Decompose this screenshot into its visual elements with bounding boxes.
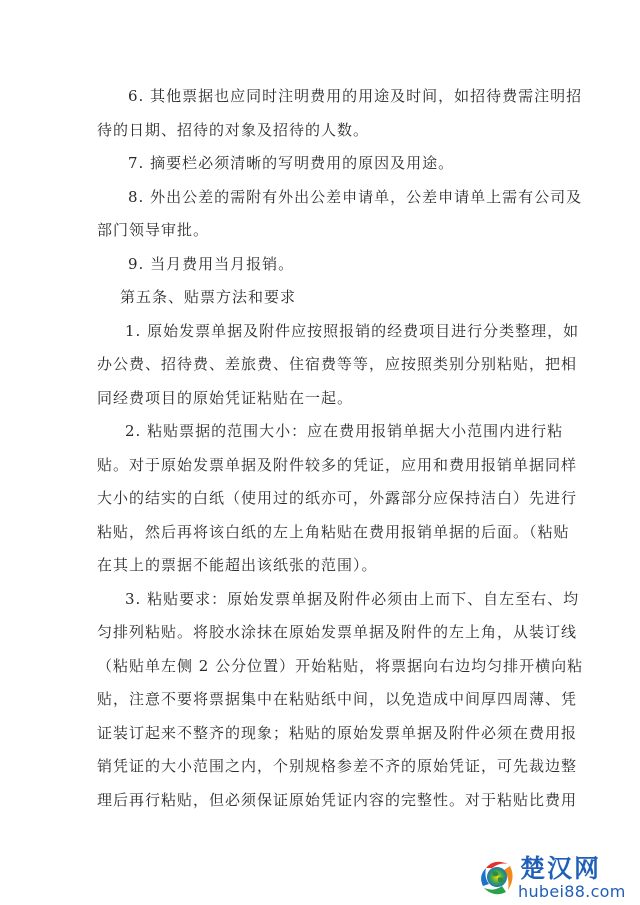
site-watermark: 楚汉网 hubei88.com <box>478 852 628 904</box>
globe-swirl-logo-icon <box>480 858 514 896</box>
text-line: （粘贴单左侧 2 公分位置）开始粘贴，将票据向右边均匀排开横向粘 <box>97 650 545 684</box>
text-line: 2. 粘贴票据的范围大小：应在费用报销单据大小范围内进行粘 <box>97 415 545 449</box>
text-line: 第五条、贴票方法和要求 <box>97 281 545 315</box>
watermark-title: 楚汉网 <box>520 854 601 884</box>
text-line: 在其上的票据不能超出该纸张的范围）。 <box>97 549 545 583</box>
text-line: 大小的结实的白纸（使用过的纸亦可，外露部分应保持洁白）先进行 <box>97 482 545 516</box>
document-body: 6. 其他票据也应同时注明费用的用途及时间，如招待费需注明招待的日期、招待的对象… <box>97 80 545 817</box>
text-line: 3. 粘贴要求：原始发票单据及附件必须由上而下、自左至右、均 <box>97 583 545 617</box>
text-line: 粘贴，然后再将该白纸的左上角粘贴在费用报销单据的后面。（粘贴 <box>97 516 545 550</box>
text-line: 销凭证的大小范围之内，个别规格参差不齐的原始凭证，可先裁边整 <box>97 750 545 784</box>
document-page: 6. 其他票据也应同时注明费用的用途及时间，如招待费需注明招待的日期、招待的对象… <box>0 0 640 905</box>
watermark-domain: hubei88.com <box>518 883 626 901</box>
text-line: 8. 外出公差的需附有外出公差申请单，公差申请单上需有公司及 <box>97 181 545 215</box>
text-line: 贴，注意不要将票据集中在粘贴纸中间，以免造成中间厚四周薄、凭 <box>97 683 545 717</box>
text-line: 9. 当月费用当月报销。 <box>97 248 545 282</box>
text-line: 部门领导审批。 <box>97 214 545 248</box>
text-line: 匀排列粘贴。将胶水涂抹在原始发票单据及附件的左上角，从装订线 <box>97 616 545 650</box>
text-line: 7. 摘要栏必须清晰的写明费用的原因及用途。 <box>97 147 545 181</box>
text-line: 待的日期、招待的对象及招待的人数。 <box>97 114 545 148</box>
text-line: 同经费项目的原始凭证粘贴在一起。 <box>97 382 545 416</box>
text-line: 贴。对于原始发票单据及附件较多的凭证，应用和费用报销单据同样 <box>97 449 545 483</box>
text-line: 6. 其他票据也应同时注明费用的用途及时间，如招待费需注明招 <box>97 80 545 114</box>
text-line: 证装订起来不整齐的现象；粘贴的原始发票单据及附件必须在费用报 <box>97 717 545 751</box>
text-line: 理后再行粘贴，但必须保证原始凭证内容的完整性。对于粘贴比费用 <box>97 784 545 818</box>
text-line: 1. 原始发票单据及附件应按照报销的经费项目进行分类整理，如 <box>97 315 545 349</box>
text-line: 办公费、招待费、差旅费、住宿费等等，应按照类别分别粘贴，把相 <box>97 348 545 382</box>
